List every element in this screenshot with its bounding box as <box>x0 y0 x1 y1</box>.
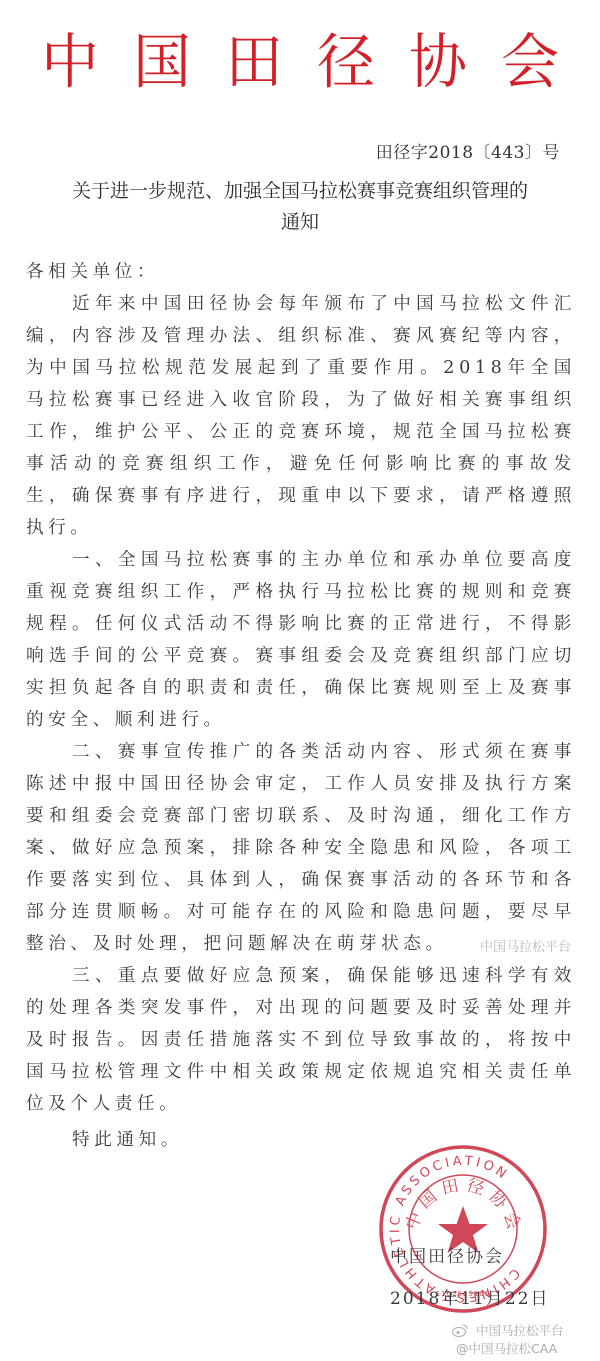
paragraph-intro: 近年来中国田径协会每年颁布了中国马拉松文件汇编，内容涉及管理办法、组织标准、赛风… <box>26 288 576 544</box>
letterhead: 中 国 田 径 协 会 <box>0 22 600 102</box>
document-title-line2: 通知 <box>0 207 600 238</box>
document-title-line1: 关于进一步规范、加强全国马拉松赛事竞赛组织管理的 <box>0 176 600 207</box>
watermark-bottom-line1: 中国马拉松平台 <box>476 1323 564 1338</box>
letterhead-char: 田 <box>219 32 289 92</box>
document-body: 各相关单位： 近年来中国田径协会每年颁布了中国马拉松文件汇编，内容涉及管理办法、… <box>26 256 576 1156</box>
letterhead-char: 中 <box>35 32 105 92</box>
letterhead-char: 协 <box>403 32 473 92</box>
signature-organization: 中国田径协会 <box>390 1242 504 1267</box>
paragraph-item-2: 二、赛事宣传推广的各类活动内容、形式须在赛事陈述中报中国田径协会审定，工作人员安… <box>26 736 576 960</box>
watermark-bottom: 中国马拉松平台 @中国马拉松CAA <box>452 1322 564 1358</box>
letterhead-char: 径 <box>311 32 381 92</box>
document-title: 关于进一步规范、加强全国马拉松赛事竞赛组织管理的 通知 <box>0 176 600 238</box>
watermark-bottom-line2: @中国马拉松CAA <box>456 1341 557 1356</box>
salutation: 各相关单位： <box>26 256 576 288</box>
watermark-mid: 中国马拉松平台 <box>480 936 571 955</box>
document-number: 田径字2018〔443〕号 <box>376 138 560 163</box>
letterhead-char: 会 <box>495 32 565 92</box>
weibo-icon <box>452 1323 468 1337</box>
signature-date: 2018年11月22日 <box>390 1284 550 1309</box>
watermark-mid-text: 中国马拉松平台 <box>480 940 571 955</box>
paragraph-item-1: 一、全国马拉松赛事的主办单位和承办单位要高度重视竞赛组织工作，严格执行马拉松比赛… <box>26 544 576 736</box>
letterhead-char: 国 <box>127 32 197 92</box>
paragraph-item-3: 三、重点要做好应急预案，确保能够迅速科学有效的处理各类突发事件，对出现的问题要及… <box>26 960 576 1120</box>
